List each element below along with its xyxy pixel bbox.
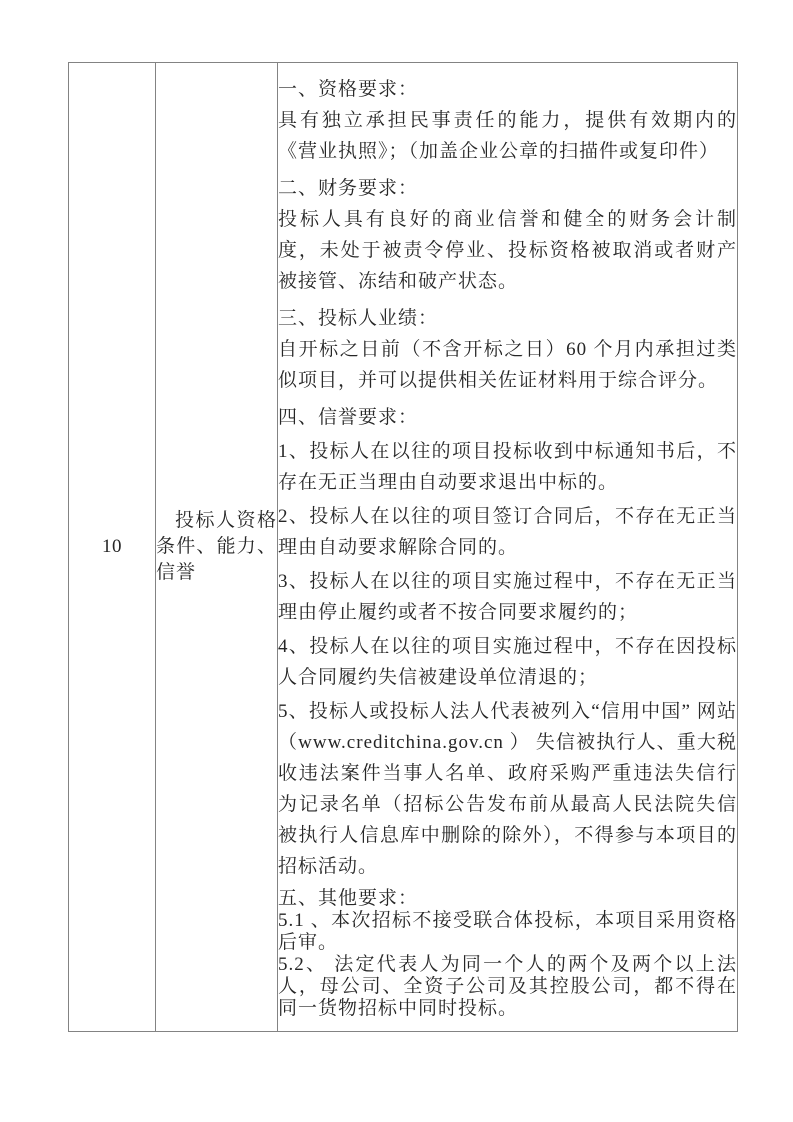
category-label: 投标人资格条件、能力、信誉 bbox=[156, 508, 277, 586]
section-body: 具有独立承担民事责任的能力，提供有效期内的《营业执照》；（加盖企业公章的扫描件或… bbox=[278, 105, 737, 167]
table-row: 10 投标人资格条件、能力、信誉 一、资格要求：具有独立承担民事责任的能力，提供… bbox=[69, 63, 738, 1032]
requirement-item: 1、投标人在以往的项目投标收到中标通知书后，不存在无正当理由自动要求退出中标的。 bbox=[278, 436, 737, 498]
row-number: 10 bbox=[102, 536, 122, 557]
section-heading: 三、投标人业绩： bbox=[278, 303, 737, 334]
category-cell: 投标人资格条件、能力、信誉 bbox=[156, 63, 278, 1032]
requirement-item: 4、投标人在以往的项目实施过程中，不存在因投标人合同履约失信被建设单位清退的； bbox=[278, 631, 737, 693]
requirement-section: 三、投标人业绩：自开标之日前（不含开标之日）60 个月内承担过类似项目，并可以提… bbox=[278, 303, 737, 396]
requirement-item: 5、投标人或投标人法人代表被列入“信用中国” 网站（www.creditchin… bbox=[278, 696, 737, 882]
requirement-item: 5.2、 法定代表人为同一个人的两个及两个以上法人，母公司、全资子公司及其控股公… bbox=[278, 954, 737, 1020]
content-cell: 一、资格要求：具有独立承担民事责任的能力，提供有效期内的《营业执照》；（加盖企业… bbox=[278, 63, 738, 1032]
row-number-cell: 10 bbox=[69, 63, 156, 1032]
section-body: 投标人具有良好的商业信誉和健全的财务会计制度，未处于被责令停业、投标资格被取消或… bbox=[278, 204, 737, 297]
document-page: 10 投标人资格条件、能力、信誉 一、资格要求：具有独立承担民事责任的能力，提供… bbox=[0, 0, 793, 1122]
requirement-section: 一、资格要求：具有独立承担民事责任的能力，提供有效期内的《营业执照》；（加盖企业… bbox=[278, 74, 737, 167]
requirement-item: 3、投标人在以往的项目实施过程中，不存在无正当理由停止履约或者不按合同要求履约的… bbox=[278, 566, 737, 628]
section-heading: 五、其他要求： bbox=[278, 888, 737, 910]
requirement-item: 2、投标人在以往的项目签订合同后，不存在无正当理由自动要求解除合同的。 bbox=[278, 501, 737, 563]
section-heading: 四、信誉要求： bbox=[278, 402, 737, 433]
requirements-table: 10 投标人资格条件、能力、信誉 一、资格要求：具有独立承担民事责任的能力，提供… bbox=[68, 62, 738, 1032]
section-body: 自开标之日前（不含开标之日）60 个月内承担过类似项目，并可以提供相关佐证材料用… bbox=[278, 334, 737, 396]
requirement-item: 5.1 、本次招标不接受联合体投标，本项目采用资格后审。 bbox=[278, 910, 737, 954]
requirement-section: 二、财务要求：投标人具有良好的商业信誉和健全的财务会计制度，未处于被责令停业、投… bbox=[278, 173, 737, 297]
requirement-section: 五、其他要求：5.1 、本次招标不接受联合体投标，本项目采用资格后审。5.2、 … bbox=[278, 888, 737, 1020]
section-heading: 一、资格要求： bbox=[278, 74, 737, 105]
requirement-section: 四、信誉要求：1、投标人在以往的项目投标收到中标通知书后，不存在无正当理由自动要… bbox=[278, 402, 737, 882]
section-heading: 二、财务要求： bbox=[278, 173, 737, 204]
requirements-sections: 一、资格要求：具有独立承担民事责任的能力，提供有效期内的《营业执照》；（加盖企业… bbox=[278, 74, 737, 1020]
